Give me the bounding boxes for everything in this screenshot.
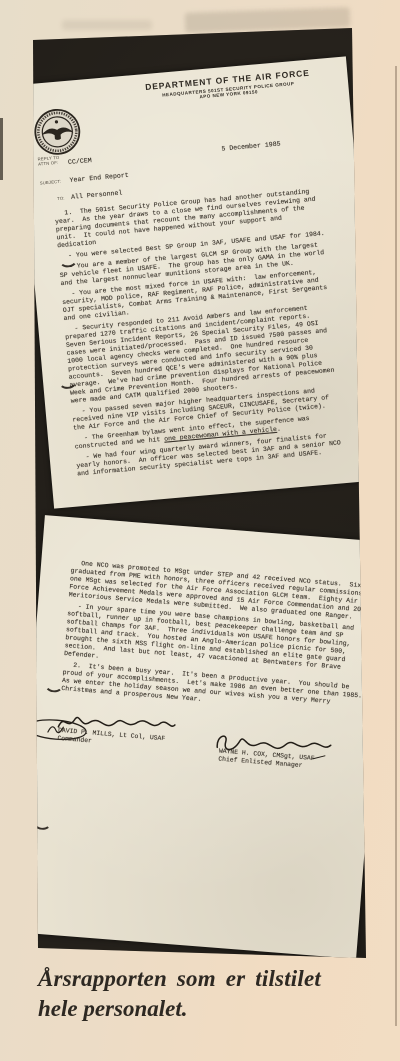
column-rule bbox=[395, 66, 397, 1026]
memo-page-1: DEPARTMENT OF THE AIR FORCE HEADQUARTERS… bbox=[17, 56, 383, 508]
caption-line2: hele personalet. bbox=[38, 994, 374, 1024]
subject-label: SUBJECT: bbox=[40, 180, 62, 187]
photo-caption: Årsrapporten som er tilstilet hele perso… bbox=[38, 964, 374, 1025]
memo-body-page2: One NCO was promoted to MSgt under STEP … bbox=[61, 559, 373, 719]
subject-value: Year End Report bbox=[69, 172, 129, 184]
caption-line1: Årsrapporten som er tilstilet bbox=[38, 964, 374, 994]
newspaper-clipping: DEPARTMENT OF THE AIR FORCE HEADQUARTERS… bbox=[0, 0, 400, 1061]
hole-punch-mark bbox=[32, 813, 52, 830]
date: 5 December 1985 bbox=[221, 140, 281, 152]
photo-of-documents: DEPARTMENT OF THE AIR FORCE HEADQUARTERS… bbox=[0, 0, 400, 1061]
office-symbol: CC/CEM bbox=[68, 157, 92, 166]
greenham-period: . bbox=[277, 426, 282, 433]
air-force-seal-icon bbox=[31, 106, 83, 158]
memo-page-2: One NCO was promoted to MSgt under STEP … bbox=[12, 515, 389, 959]
page-edge-mark bbox=[0, 118, 3, 180]
to-value: All Personnel bbox=[71, 189, 123, 200]
to-label: TO: bbox=[57, 196, 65, 201]
ink-bleed-smudge bbox=[62, 20, 152, 30]
letterhead: DEPARTMENT OF THE AIR FORCE HEADQUARTERS… bbox=[109, 65, 346, 107]
memo-body-page1: 1. The 501st Security Police Group has h… bbox=[54, 187, 345, 481]
reply-to-label: REPLY TO ATTN OF: bbox=[38, 156, 61, 168]
